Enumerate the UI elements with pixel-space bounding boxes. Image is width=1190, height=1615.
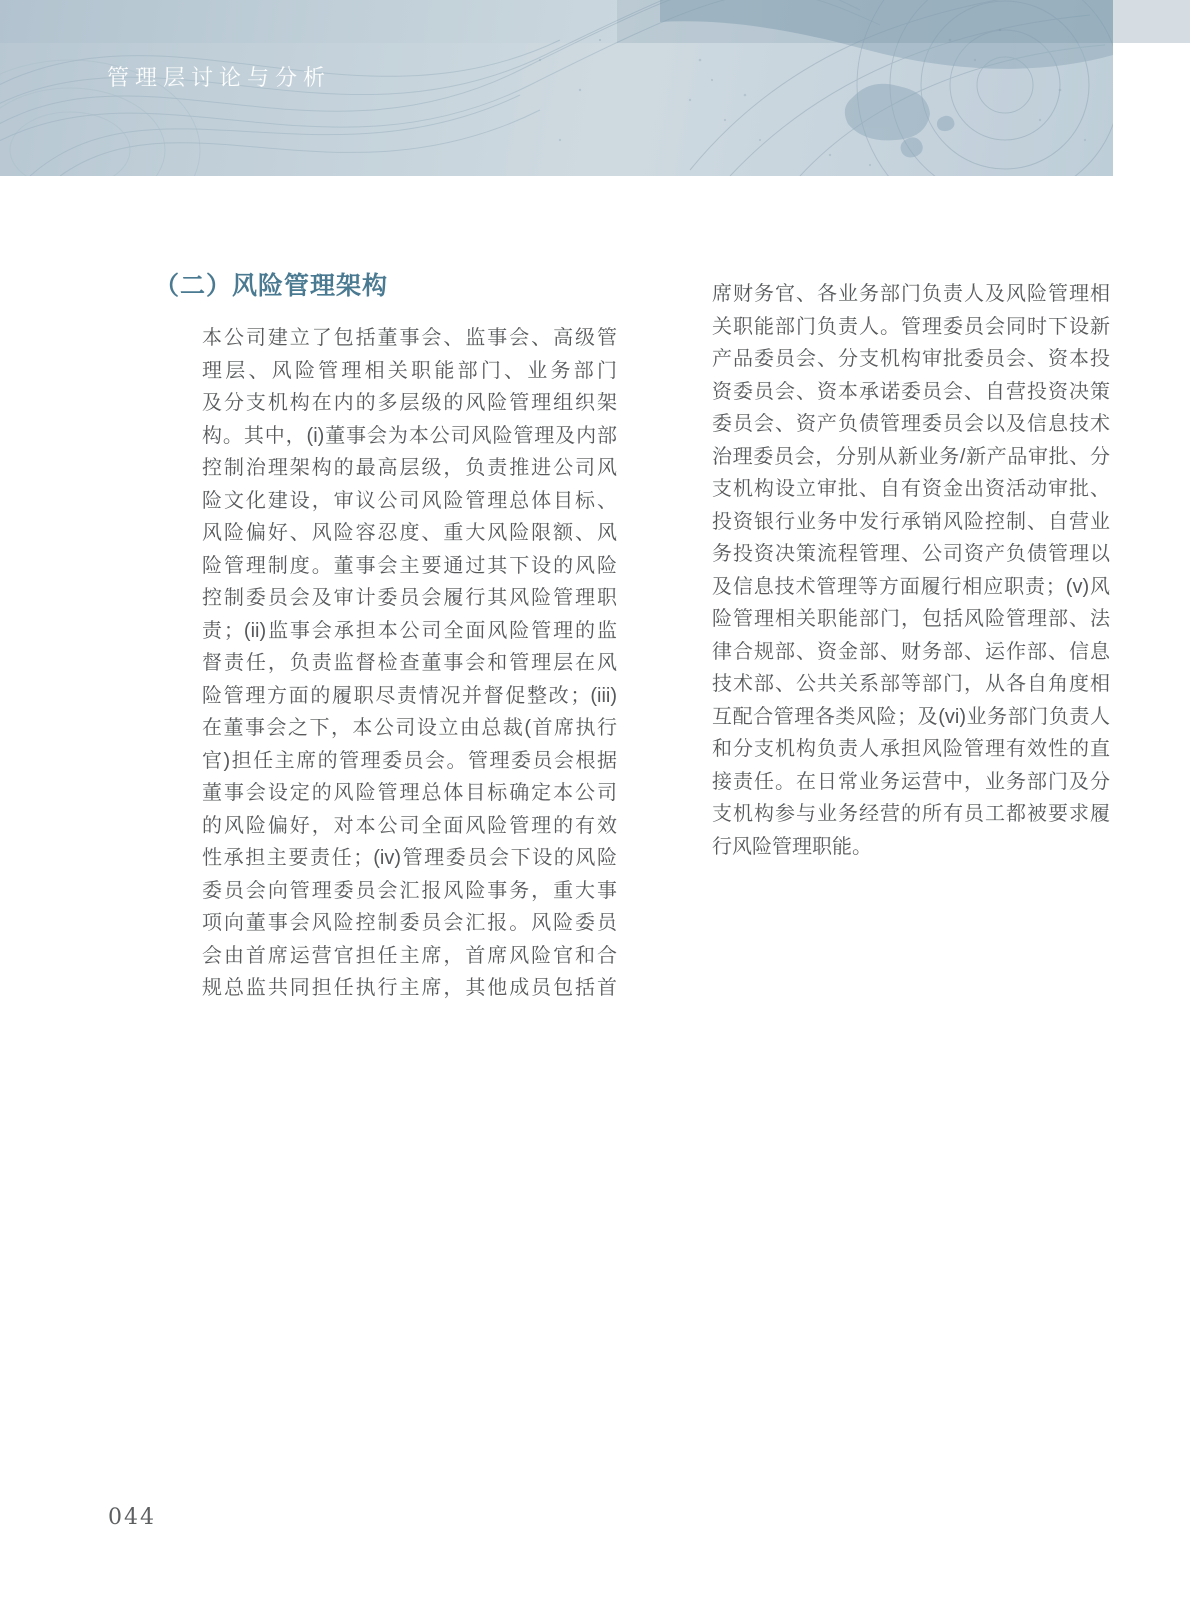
text-line: 关职能部门负责人。管理委员会同时下设新 — [712, 311, 1110, 344]
text-line: 险管理方面的履职尽责情况并督促整改；(iii) — [202, 680, 617, 713]
header-banner: 管理层讨论与分析 — [0, 0, 1113, 176]
text-line: 险管理制度。董事会主要通过其下设的风险 — [202, 550, 617, 583]
text-line: 构。其中，(i)董事会为本公司风险管理及内部 — [202, 420, 617, 453]
text-line: 治理委员会，分别从新业务/新产品审批、分 — [712, 441, 1110, 474]
text-line: 支机构参与业务经营的所有员工都被要求履 — [712, 798, 1110, 831]
text-line: 产品委员会、分支机构审批委员会、资本投 — [712, 343, 1110, 376]
text-line: 及信息技术管理等方面履行相应职责；(v)风 — [712, 571, 1110, 604]
text-line: 性承担主要责任；(iv)管理委员会下设的风险 — [202, 842, 617, 875]
text-line: 委员会、资产负债管理委员会以及信息技术 — [712, 408, 1110, 441]
body-text-left-column: 本公司建立了包括董事会、监事会、高级管理层、风险管理相关职能部门、业务部门及分支… — [202, 322, 617, 1005]
banner-corner-block — [1113, 0, 1190, 43]
text-line: 董事会设定的风险管理总体目标确定本公司 — [202, 777, 617, 810]
text-line: 规总监共同担任执行主席，其他成员包括首 — [202, 972, 617, 1005]
document-page: 管理层讨论与分析 （二）风险管理架构 本公司建立了包括董事会、监事会、高级管理层… — [0, 0, 1190, 1615]
section-heading: （二）风险管理架构 — [154, 271, 388, 301]
text-line: 律合规部、资金部、财务部、运作部、信息 — [712, 636, 1110, 669]
text-line: 项向董事会风险控制委员会汇报。风险委员 — [202, 907, 617, 940]
text-line: 理层、风险管理相关职能部门、业务部门 — [202, 355, 617, 388]
text-line: 官)担任主席的管理委员会。管理委员会根据 — [202, 745, 617, 778]
text-line: 席财务官、各业务部门负责人及风险管理相 — [712, 278, 1110, 311]
text-line: 技术部、公共关系部等部门，从各自角度相 — [712, 668, 1110, 701]
text-line: 会由首席运营官担任主席，首席风险官和合 — [202, 940, 617, 973]
text-line: 督责任，负责监督检查董事会和管理层在风 — [202, 647, 617, 680]
page-number: 044 — [108, 1505, 156, 1530]
text-line: 互配合管理各类风险；及(vi)业务部门负责人 — [712, 701, 1110, 734]
text-line: 控制委员会及审计委员会履行其风险管理职 — [202, 582, 617, 615]
text-line: 接责任。在日常业务运营中，业务部门及分 — [712, 766, 1110, 799]
text-line: 本公司建立了包括董事会、监事会、高级管 — [202, 322, 617, 355]
text-line: 在董事会之下，本公司设立由总裁(首席执行 — [202, 712, 617, 745]
text-line: 责；(ii)监事会承担本公司全面风险管理的监 — [202, 615, 617, 648]
text-line: 资委员会、资本承诺委员会、自营投资决策 — [712, 376, 1110, 409]
text-line: 风险偏好、风险容忍度、重大风险限额、风 — [202, 517, 617, 550]
text-line: 及分支机构在内的多层级的风险管理组织架 — [202, 387, 617, 420]
text-line: 行风险管理职能。 — [712, 831, 1110, 864]
text-line: 和分支机构负责人承担风险管理有效性的直 — [712, 733, 1110, 766]
body-text-right-column: 席财务官、各业务部门负责人及风险管理相关职能部门负责人。管理委员会同时下设新产品… — [712, 278, 1110, 863]
text-line: 险文化建设，审议公司风险管理总体目标、 — [202, 485, 617, 518]
text-line: 务投资决策流程管理、公司资产负债管理以 — [712, 538, 1110, 571]
text-line: 的风险偏好，对本公司全面风险管理的有效 — [202, 810, 617, 843]
text-line: 投资银行业务中发行承销风险控制、自营业 — [712, 506, 1110, 539]
text-line: 险管理相关职能部门，包括风险管理部、法 — [712, 603, 1110, 636]
text-line: 支机构设立审批、自有资金出资活动审批、 — [712, 473, 1110, 506]
banner-title: 管理层讨论与分析 — [107, 61, 331, 92]
text-line: 委员会向管理委员会汇报风险事务，重大事 — [202, 875, 617, 908]
text-line: 控制治理架构的最高层级，负责推进公司风 — [202, 452, 617, 485]
